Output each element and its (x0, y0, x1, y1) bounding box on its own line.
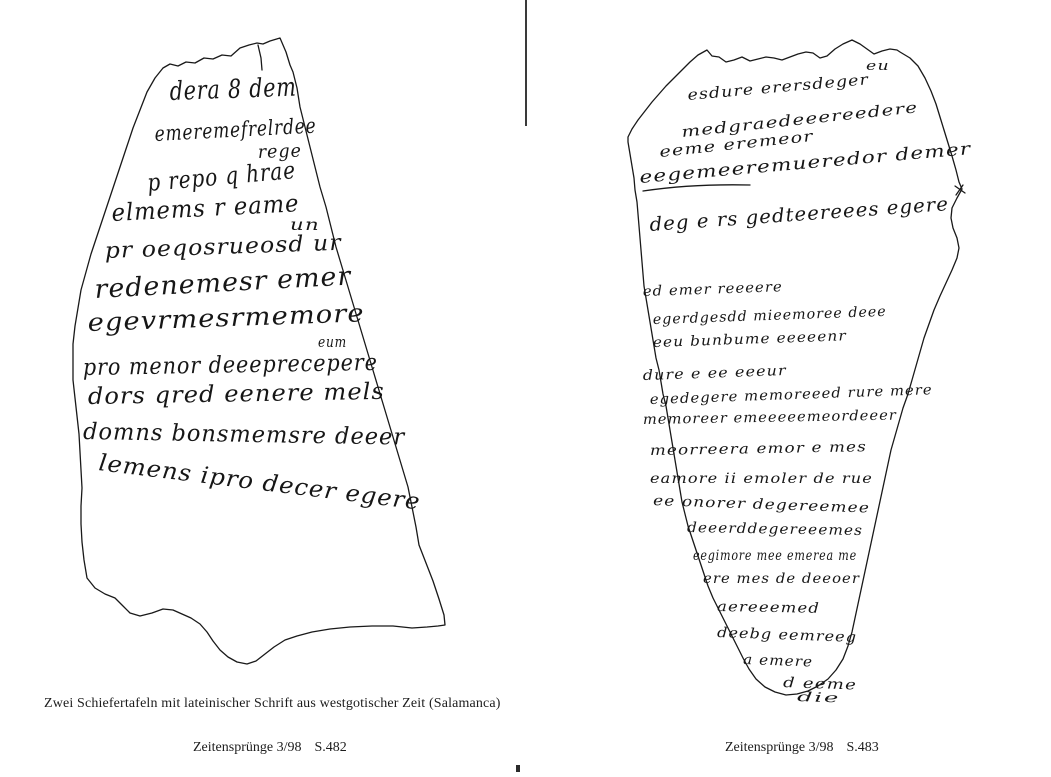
scan-artifact-speck (516, 765, 520, 772)
right-slate-tablet-script-line-12: meorreera emor e mes (650, 439, 867, 459)
right-slate-tablet-script-line-0: eu (866, 59, 890, 74)
right-page-footer: Zeitensprünge 3/98S.483 (725, 740, 879, 756)
left-slate-tablet: dera 8 dememeremefrelrdeeregep repo q hr… (73, 38, 445, 664)
right-slate-tablet-script-line-5: deg e rs gedteereees egere (649, 193, 950, 236)
right-slate-tablet-script-line-7: egerdgesdd mieemoree deee (653, 304, 887, 328)
page-divider-line (525, 0, 527, 126)
right-slate-tablet-script-line-6: ed emer reeeere (643, 279, 783, 300)
left-slate-tablet-script-line-9: eum (318, 333, 347, 351)
right-slate-tablet: euesdure erersdegermedgraedeeereedereeem… (628, 40, 972, 706)
right-slate-tablet-script-line-13: eamore ii emoler de rue (650, 471, 873, 487)
right-slate-tablet-script-line-14: ee onorer degereemee (653, 493, 870, 517)
right-slate-tablet-script-line-8: eeu bunbume eeeeenr (653, 328, 848, 351)
right-slate-tablet-script-line-10: egedegere memoreeed rure mere (650, 382, 933, 408)
right-slate-tablet-script-line-18: aereeemed (717, 599, 820, 617)
left-slate-tablet-script-line-7: redenemesr emer (94, 262, 353, 305)
right-slate-tablet-script-line-11: memoreer emeeeeemeordeeer (643, 408, 898, 428)
right-slate-tablet-script-line-17: ere mes de deeoer (703, 571, 860, 587)
left-slate-tablet-script-line-4: elmems r eame (111, 189, 300, 227)
right-slate-tablet-script-line-15: deeerddegereeemes (687, 520, 863, 539)
left-tablet-top-crack (258, 45, 262, 70)
left-page-footer: Zeitensprünge 3/98S.482 (193, 740, 347, 756)
left-slate-tablet-script-line-11: dors qred eenere mels (88, 379, 385, 410)
figure-caption: Zwei Schiefertafeln mit lateinischer Sch… (44, 696, 501, 712)
right-slate-tablet-script-line-19: deebg eemreeg (717, 625, 857, 646)
right-slate-tablet-script-line-16: eegimore mee emerea me (693, 548, 857, 564)
left-slate-tablet-script-line-12: domns bonsmemsre deeer (83, 419, 406, 451)
right-slate-tablet-script-line-22: die (797, 690, 840, 706)
page-number-right: S.483 (846, 740, 878, 755)
left-slate-tablet-script-line-13: lemens ipro decer egere (97, 450, 422, 515)
left-slate-tablet-script-line-0: dera 8 dem (169, 73, 297, 107)
right-slate-tablet-script-line-20: a emere (743, 652, 814, 670)
journal-title-right: Zeitensprünge 3/98 (725, 740, 833, 755)
right-slate-tablet-script-line-9: dure e ee eeeur (643, 363, 788, 384)
journal-title-left: Zeitensprünge 3/98 (193, 740, 301, 755)
left-slate-tablet-script-line-8: egevrmesrmemore (87, 298, 365, 337)
right-slate-tablet-script-line-1: esdure erersdeger (687, 70, 870, 104)
left-slate-tablet-script-line-6: pr oeqosrueosd ur (104, 231, 342, 264)
page-number-left: S.482 (314, 740, 346, 755)
left-slate-tablet-script-line-10: pro menor deeeprecepere (83, 350, 378, 381)
scanned-journal-page: dera 8 dememeremefrelrdeeregep repo q hr… (0, 0, 1051, 777)
